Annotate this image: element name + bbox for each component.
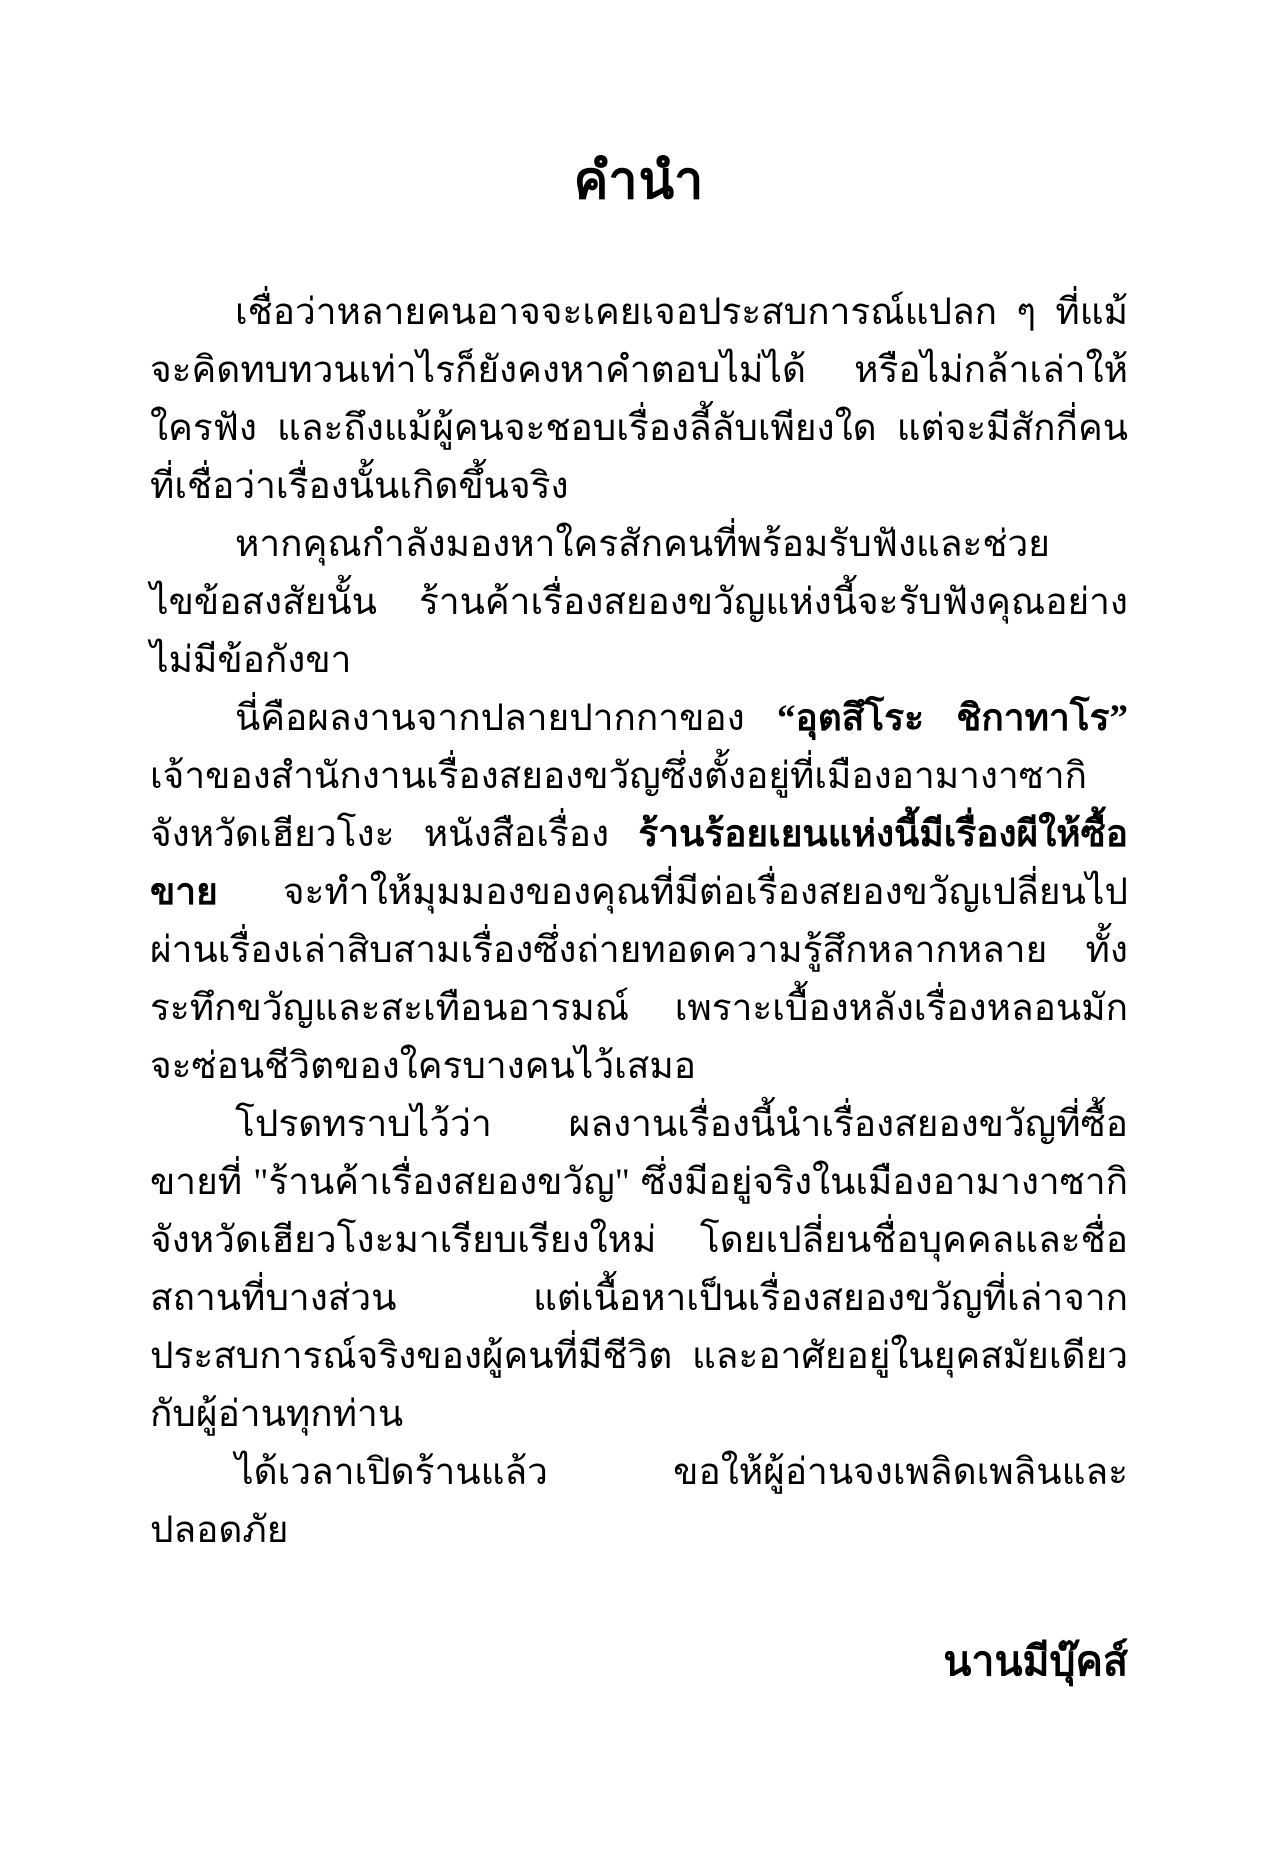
page-title: คำนำ: [150, 148, 1128, 216]
text-run: นี่คือผลงานจากปลายปากกาของ: [235, 698, 777, 739]
text-run: จะทำให้มุมมองของคุณที่มีต่อเรื่องสยองขวั…: [150, 872, 1128, 1087]
paragraph: โปรดทราบไว้ว่า ผลงานเรื่องนี้นำเรื่องสยอ…: [150, 1096, 1128, 1444]
body-text: เชื่อว่าหลายคนอาจจะเคยเจอประสบการณ์แปลก …: [150, 284, 1128, 1560]
text-run: โปรดทราบไว้ว่า ผลงานเรื่องนี้นำเรื่องสยอ…: [150, 1104, 1128, 1435]
paragraph: เชื่อว่าหลายคนอาจจะเคยเจอประสบการณ์แปลก …: [150, 284, 1128, 516]
text-run: ได้เวลาเปิดร้านแล้ว ขอให้ผู้อ่านจงเพลิดเ…: [150, 1452, 1128, 1551]
text-run: เชื่อว่าหลายคนอาจจะเคยเจอประสบการณ์แปลก …: [150, 292, 1128, 507]
paragraph: นี่คือผลงานจากปลายปากกาของ “อุตสึโระ ชิก…: [150, 690, 1128, 1096]
document-page: คำนำ เชื่อว่าหลายคนอาจจะเคยเจอประสบการณ์…: [0, 0, 1277, 1867]
emphasized-text: “อุตสึโระ ชิกาทาโร”: [777, 698, 1128, 739]
publisher-signature: นานมีบุ๊คส์: [150, 1632, 1128, 1690]
text-run: หากคุณกำลังมองหาใครสักคนที่พร้อมรับฟังแล…: [150, 524, 1128, 681]
paragraph: ได้เวลาเปิดร้านแล้ว ขอให้ผู้อ่านจงเพลิดเ…: [150, 1444, 1128, 1560]
paragraph: หากคุณกำลังมองหาใครสักคนที่พร้อมรับฟังแล…: [150, 516, 1128, 690]
